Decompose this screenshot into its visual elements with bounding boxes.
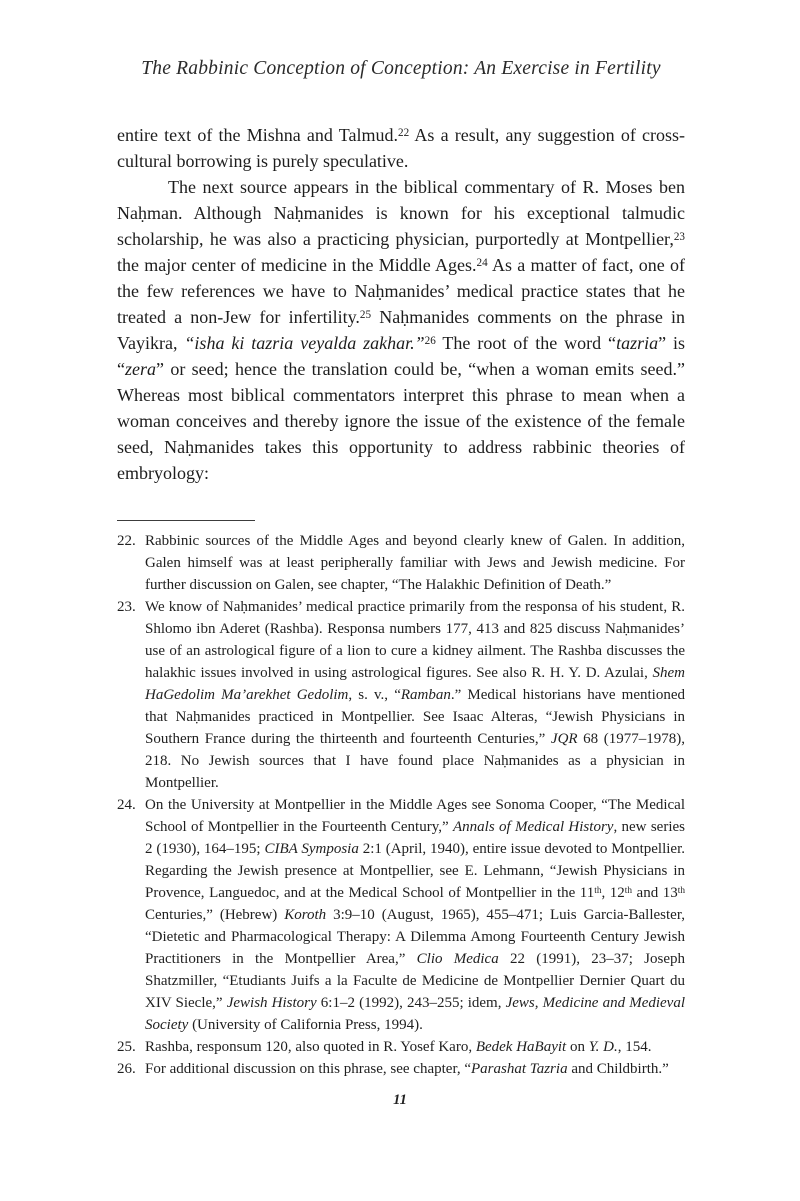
body-text: entire text of the Mishna and Talmud.22 … (117, 122, 685, 486)
footnote-23: 23.We know of Naḥmanides’ medical practi… (117, 596, 685, 794)
footnotes-section: 22.Rabbinic sources of the Middle Ages a… (117, 530, 685, 1080)
footnote-separator-rule (117, 520, 255, 521)
footnote-text: Rashba, responsum 120, also quoted in R.… (145, 1039, 652, 1055)
footnote-number: 23. (117, 596, 145, 618)
body-paragraph: The next source appears in the biblical … (117, 174, 685, 486)
footnote-number: 25. (117, 1036, 145, 1058)
body-paragraph: entire text of the Mishna and Talmud.22 … (117, 122, 685, 174)
footnote-number: 26. (117, 1058, 145, 1080)
footnote-25: 25.Rashba, responsum 120, also quoted in… (117, 1036, 685, 1058)
footnote-text: On the University at Montpellier in the … (145, 797, 685, 1033)
footnote-24: 24.On the University at Montpellier in t… (117, 794, 685, 1036)
book-page: The Rabbinic Conception of Conception: A… (0, 0, 800, 1201)
footnote-26: 26.For additional discussion on this phr… (117, 1058, 685, 1080)
footnote-number: 24. (117, 794, 145, 816)
page-number: 11 (0, 1092, 800, 1109)
footnote-text: We know of Naḥmanides’ medical practice … (145, 599, 685, 791)
running-header-title: The Rabbinic Conception of Conception: A… (117, 57, 685, 81)
footnote-text: For additional discussion on this phrase… (145, 1061, 669, 1077)
footnote-22: 22.Rabbinic sources of the Middle Ages a… (117, 530, 685, 596)
footnote-number: 22. (117, 530, 145, 552)
footnote-text: Rabbinic sources of the Middle Ages and … (145, 533, 685, 593)
